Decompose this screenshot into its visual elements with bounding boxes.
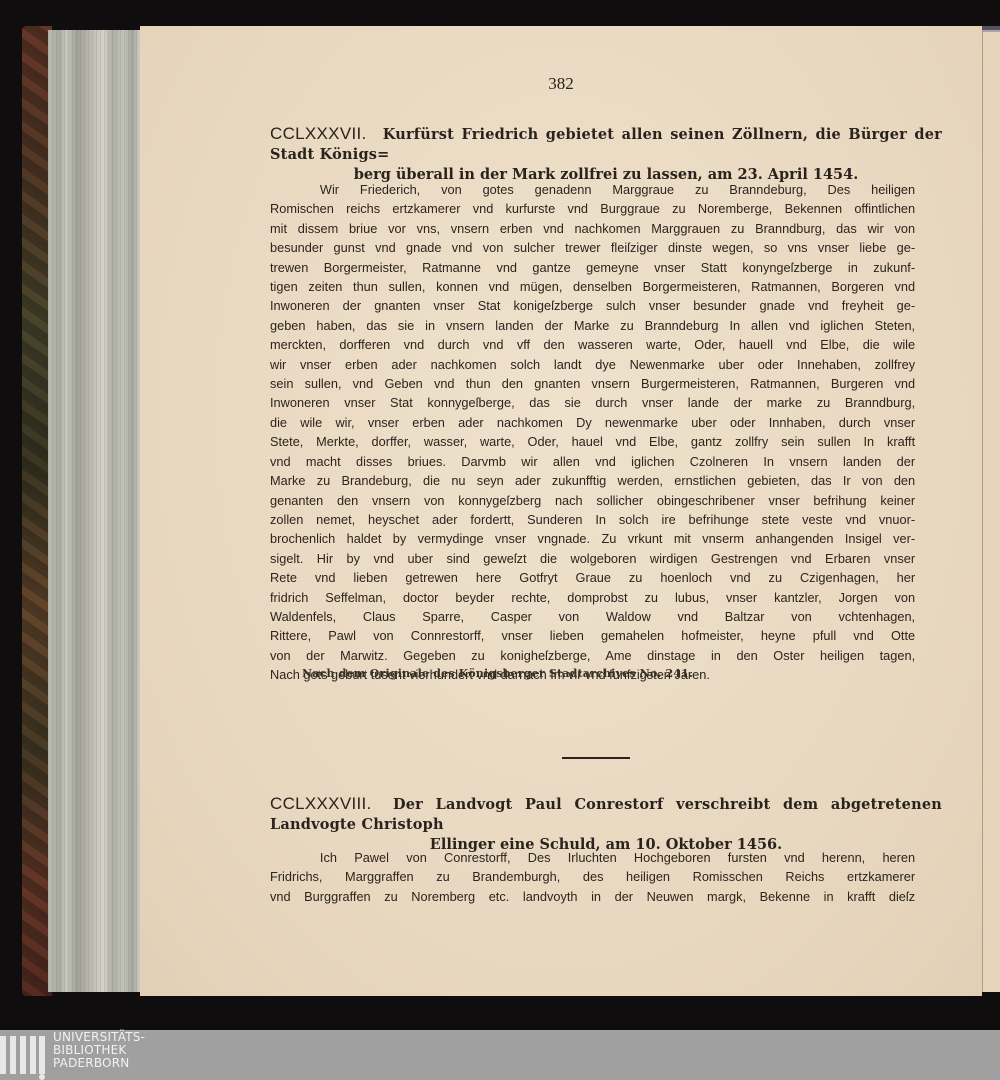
scanned-book-image: 382 CCLXXXVII. Kurfürst Friedrich gebiet… xyxy=(0,0,1000,1030)
body-line: Wir Friederich, von gotes genadenn Margg… xyxy=(270,180,915,199)
body-line: genanten den vnsern von konnygeſzberg na… xyxy=(270,491,915,510)
body-line: sigelt. Hir by vnd uber sind geweſzt die… xyxy=(270,549,915,568)
body-line: zollen nemet, heyschet ader fordertt, Su… xyxy=(270,510,915,529)
document-number: CCLXXXVII. xyxy=(270,124,367,143)
document-heading-2: CCLXXXVIII. Der Landvogt Paul Conrestorf… xyxy=(270,794,942,855)
body-line: besunder gunst vnd gnade vnd von sulcher… xyxy=(270,238,915,257)
section-divider xyxy=(562,757,630,759)
body-line: brochenlich haldet by vermydinge vnser v… xyxy=(270,529,915,548)
document-body-2: Ich Pawel von Conrestorff, Des Irluchten… xyxy=(270,848,915,906)
body-line: Stete, Merkte, dorffer, wasser, warte, O… xyxy=(270,432,915,451)
body-line: Inwoneren vnser Stat konnygeſberge, das … xyxy=(270,393,915,412)
document-number: CCLXXXVIII. xyxy=(270,794,372,813)
body-line: Fridrichs, Marggraffen zu Brandemburgh, … xyxy=(270,867,915,886)
body-line: geben haben, das sie in vnsern landen de… xyxy=(270,316,915,335)
page-edges xyxy=(48,30,140,992)
library-name-line-3: PADERBORN xyxy=(53,1057,145,1070)
body-line: vnd macht disses briues. Darvmb wir alle… xyxy=(270,452,915,471)
library-logo-icon xyxy=(0,1036,48,1078)
source-note: Nach dem Originale des Königsberger Stad… xyxy=(302,667,693,680)
book-page: 382 CCLXXXVII. Kurfürst Friedrich gebiet… xyxy=(140,26,982,996)
body-line: Marke zu Brandeburg, die nu seyn ader zu… xyxy=(270,471,915,490)
body-line: Rete vnd lieben getrewen here Gotfryt Gr… xyxy=(270,568,915,587)
body-line: mit dissem briue vor vns, vnsern erben v… xyxy=(270,219,915,238)
library-footer-bar xyxy=(0,1030,1000,1080)
document-title: Kurfürst Friedrich gebietet allen seinen… xyxy=(270,126,942,163)
body-line: Ich Pawel von Conrestorff, Des Irluchten… xyxy=(270,848,915,867)
body-line: tigen zeiten thun sullen, konnen vnd müg… xyxy=(270,277,915,296)
body-line: Romischen reichs ertzkamerer vnd kurfurs… xyxy=(270,199,915,218)
body-line: Rittere, Pawl von Connrestorff, vnser li… xyxy=(270,626,915,645)
body-line: trewen Borgermeister, Ratmanne vnd gantz… xyxy=(270,258,915,277)
body-line: von der Marwitz. Gegeben zu konigheſzber… xyxy=(270,646,915,665)
body-line: Waldenfels, Claus Sparre, Casper von Wal… xyxy=(270,607,915,626)
library-name-line-1: UNIVERSITÄTS- xyxy=(53,1031,145,1044)
body-line: fridrich Seffelman, doctor beyder rechte… xyxy=(270,588,915,607)
library-name-line-2: BIBLIOTHEK xyxy=(53,1044,145,1057)
document-body-1: Wir Friederich, von gotes genadenn Margg… xyxy=(270,180,915,685)
body-line: wir vnser erben ader nachkomen solch lan… xyxy=(270,355,915,374)
document-heading-1: CCLXXXVII. Kurfürst Friedrich gebietet a… xyxy=(270,124,942,185)
body-line: Inwoneren der gnanten vnser Stat konigeſ… xyxy=(270,296,915,315)
body-line: vnd Burggraffen zu Noremberg etc. landvo… xyxy=(270,887,915,906)
library-logo-text: UNIVERSITÄTS- BIBLIOTHEK PADERBORN xyxy=(53,1031,145,1069)
body-line: merckten, dorfferen vnd durch vnd vff de… xyxy=(270,335,915,354)
next-page-edge xyxy=(982,30,1000,992)
page-number: 382 xyxy=(140,74,982,94)
body-line: sein sullen, vnd Geben vnd thun den gnan… xyxy=(270,374,915,393)
body-line: die wile wir, vnser erben ader nachkomen… xyxy=(270,413,915,432)
